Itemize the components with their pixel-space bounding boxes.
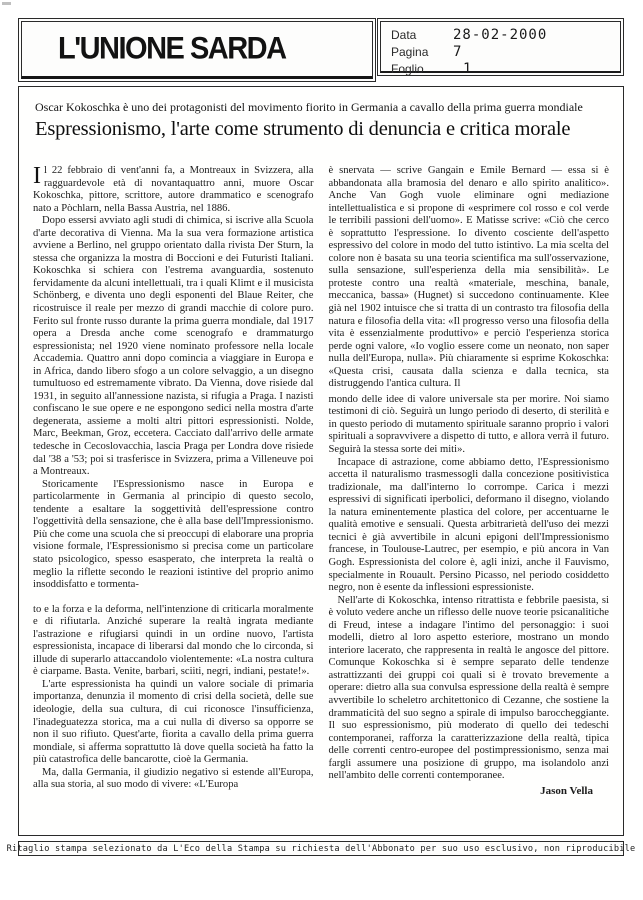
- clipping-stamp-box: Data 28-02-2000 Pagina 7 Foglio 1: [377, 18, 624, 76]
- article-box: Oscar Kokoschka è uno dei protagonisti d…: [18, 86, 624, 836]
- date-label: Data: [391, 28, 453, 42]
- stamp-row-page: Pagina 7: [391, 43, 620, 60]
- article-paragraph: mondo delle idee di valore universale st…: [329, 394, 610, 457]
- stamp-row-sheet: Foglio 1: [391, 60, 620, 77]
- masthead-inner-frame: L'UNIONE SARDA: [21, 21, 373, 79]
- sheet-label: Foglio: [391, 62, 453, 76]
- footer-notice-text: Ritaglio stampa selezionato da L'Eco del…: [7, 844, 636, 854]
- sheet-value: 1: [453, 61, 472, 77]
- masthead-box: L'UNIONE SARDA: [18, 18, 376, 82]
- footer-notice-box: Ritaglio stampa selezionato da L'Eco del…: [18, 841, 624, 856]
- press-clipping-page: L'UNIONE SARDA Data 28-02-2000 Pagina 7 …: [0, 0, 643, 900]
- article-column-1: Il 22 febbraio di vent'anni fa, a Montre…: [33, 165, 314, 797]
- article-paragraph: Nell'arte di Kokoschka, intenso ritratti…: [329, 595, 610, 783]
- clipping-stamp-inner-frame: Data 28-02-2000 Pagina 7 Foglio 1: [380, 21, 621, 73]
- article-byline: Jason Vella: [329, 785, 610, 798]
- article-column-2: è snervata — scrive Gangain e Emile Bern…: [329, 165, 610, 797]
- article-paragraph: Storicamente l'Espressionismo nasce in E…: [33, 479, 314, 592]
- article-paragraph: to e la forza e la deforma, nell'intenzi…: [33, 604, 314, 679]
- newspaper-masthead: L'UNIONE SARDA: [22, 31, 286, 67]
- article-paragraph: Ma, dalla Germania, il giudizio negativo…: [33, 767, 314, 792]
- page-label: Pagina: [391, 45, 453, 59]
- article-paragraph: Incapace di astrazione, come abbiamo det…: [329, 457, 610, 595]
- article-headline: Espressionismo, l'arte come strumento di…: [35, 118, 609, 141]
- article-columns: Il 22 febbraio di vent'anni fa, a Montre…: [33, 165, 609, 797]
- date-value: 28-02-2000: [453, 27, 547, 43]
- scan-artifact-mark: [2, 2, 11, 5]
- article-paragraph: è snervata — scrive Gangain e Emile Bern…: [329, 165, 610, 391]
- page-value: 7: [453, 44, 462, 60]
- article-paragraph: L'arte espressionista ha quindi un valor…: [33, 679, 314, 767]
- stamp-row-date: Data 28-02-2000: [391, 26, 620, 43]
- article-paragraph: Il 22 febbraio di vent'anni fa, a Montre…: [33, 165, 314, 215]
- article-column-2-paragraphs: è snervata — scrive Gangain e Emile Bern…: [329, 165, 610, 783]
- article-kicker: Oscar Kokoschka è uno dei protagonisti d…: [35, 100, 609, 115]
- article-paragraph: Dopo essersi avviato agli studi di chimi…: [33, 215, 314, 478]
